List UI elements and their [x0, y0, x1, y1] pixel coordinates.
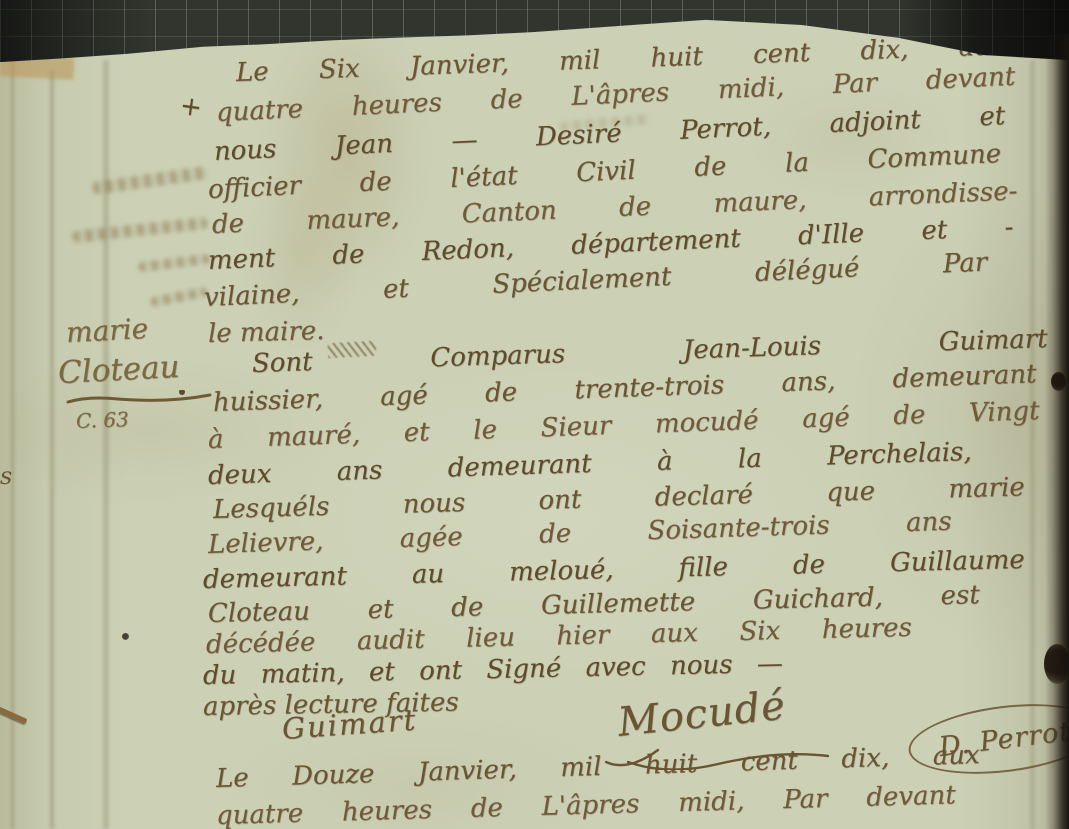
margin-note-firstname: marie — [65, 312, 149, 349]
page-fold-crease — [50, 70, 54, 829]
margin-reference: C. 63 — [76, 407, 130, 433]
bleedthrough-smudge — [72, 217, 209, 243]
ink-blot — [122, 633, 129, 640]
bleedthrough-smudge — [92, 166, 209, 195]
stray-pen-mark: s — [0, 462, 12, 490]
margin-underline-flourish — [66, 390, 216, 406]
signature-mocude: Mocudé — [616, 683, 788, 746]
bleedthrough-smudge — [138, 254, 211, 273]
manuscript-scan: + s marie Cloteau C. 63 Le Six Janvier, … — [0, 0, 1069, 829]
bleedthrough-smudge — [150, 287, 209, 308]
manuscript-line: le maire. — [208, 316, 389, 348]
page-fold-crease — [103, 60, 109, 829]
margin-note-surname: Cloteau — [57, 349, 180, 391]
book-gutter-shadow — [1045, 34, 1069, 829]
cross-mark: + — [178, 91, 204, 124]
